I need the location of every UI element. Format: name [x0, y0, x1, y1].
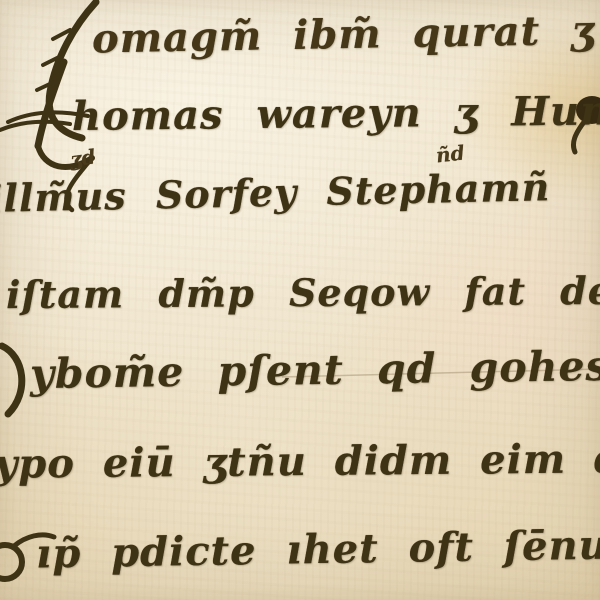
superscript-abbreviation-mark: ʒd: [68, 144, 96, 171]
manuscript-line-2: homas wareyn ʒ Hund̃: [72, 87, 600, 140]
manuscript-photo: omagm̃ ibm̃ qurat ʒ eidt homas wareyn ʒ …: [0, 0, 600, 600]
manuscript-line-6: ypo eiū ʒtñu didm eim d: [0, 435, 600, 487]
superscript-abbreviation-mark: ñd: [435, 141, 466, 168]
manuscript-line-5: ybom̃e pſent qd gohes: [30, 342, 600, 398]
manuscript-line-7: ıp̃ pdicte ıhet oft ſēnu: [36, 522, 600, 578]
manuscript-line-1: omagm̃ ibm̃ qurat ʒ eidt: [92, 5, 600, 63]
manuscript-line-4: iſtam dm̃p Seqow fat de: [6, 268, 600, 317]
